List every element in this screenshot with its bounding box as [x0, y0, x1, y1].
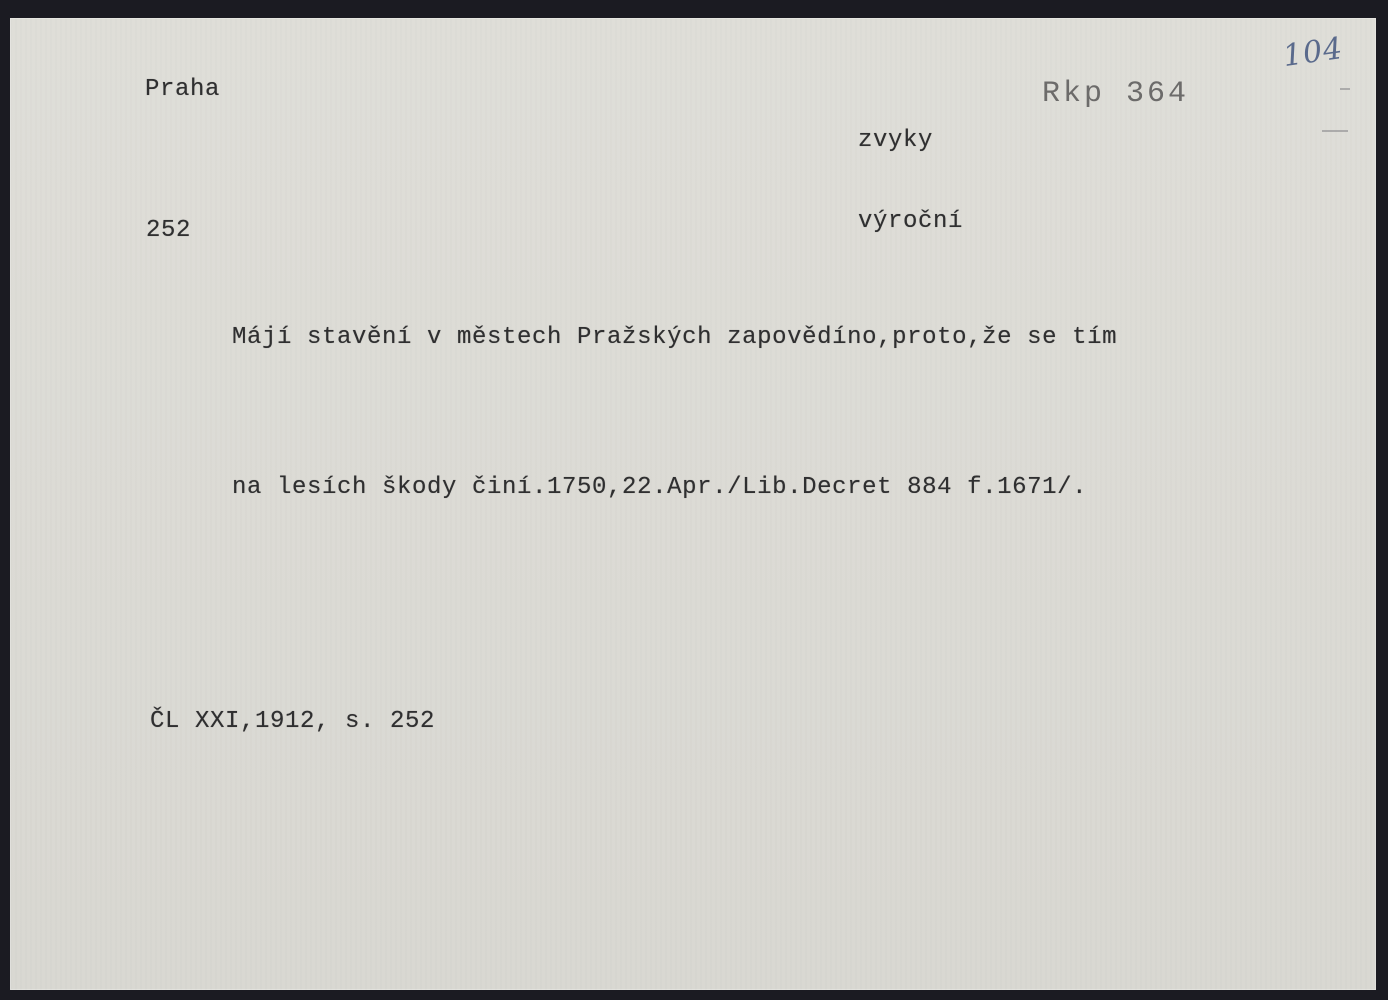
source-citation: ČL XXI,1912, s. 252: [150, 708, 435, 736]
handwritten-page-number: 104: [1281, 31, 1346, 74]
entry-text-line-2: na lesích škody činí.1750,22.Apr./Lib.De…: [232, 463, 1117, 513]
entry-text: Májí stavění v městech Pražských zapověd…: [232, 213, 1117, 613]
pencil-mark: [1322, 130, 1348, 132]
pencil-mark: [1340, 88, 1350, 90]
subject-line-1: zvyky: [858, 127, 963, 154]
entry-number: 252: [146, 217, 191, 245]
shelfmark-stamp: Rkp 364: [1042, 80, 1189, 108]
card-paper: Praha zvyky výroční Rkp 364 104 252 Májí…: [10, 18, 1376, 990]
place-heading: Praha: [145, 76, 220, 104]
scanned-index-card: Praha zvyky výroční Rkp 364 104 252 Májí…: [0, 0, 1388, 1000]
entry-text-line-1: Májí stavění v městech Pražských zapověd…: [232, 313, 1117, 363]
